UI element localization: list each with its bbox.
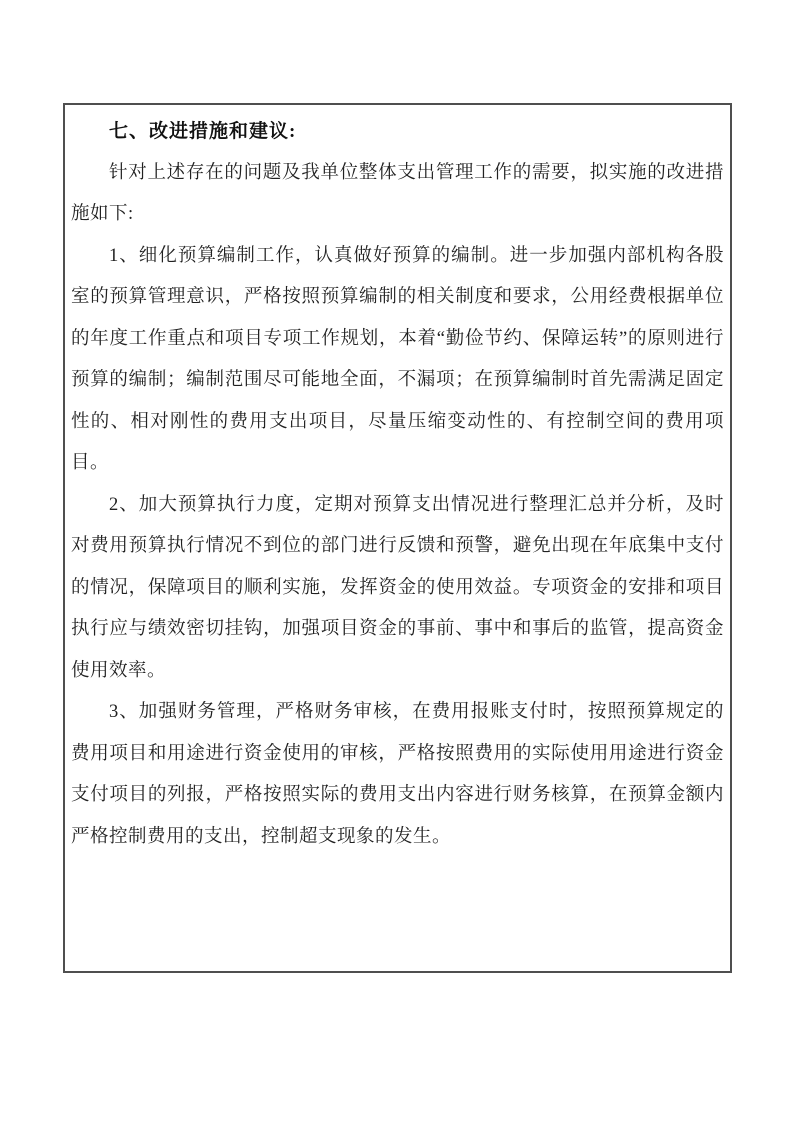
document-page: 七、改进措施和建议: 针对上述存在的问题及我单位整体支出管理工作的需要，拟实施的…	[0, 0, 793, 1122]
report-section-cell: 七、改进措施和建议: 针对上述存在的问题及我单位整体支出管理工作的需要，拟实施的…	[63, 103, 732, 973]
measure-paragraph-2: 2、加大预算执行力度，定期对预算支出情况进行整理汇总并分析，及时对费用预算执行情…	[71, 485, 724, 693]
section-heading: 七、改进措施和建议:	[71, 111, 724, 153]
intro-paragraph: 针对上述存在的问题及我单位整体支出管理工作的需要，拟实施的改进措施如下:	[71, 153, 724, 236]
measure-paragraph-3: 3、加强财务管理，严格财务审核，在费用报账支付时，按照预算规定的费用项目和用途进…	[71, 692, 724, 858]
measure-paragraph-1: 1、细化预算编制工作，认真做好预算的编制。进一步加强内部机构各股室的预算管理意识…	[71, 236, 724, 485]
